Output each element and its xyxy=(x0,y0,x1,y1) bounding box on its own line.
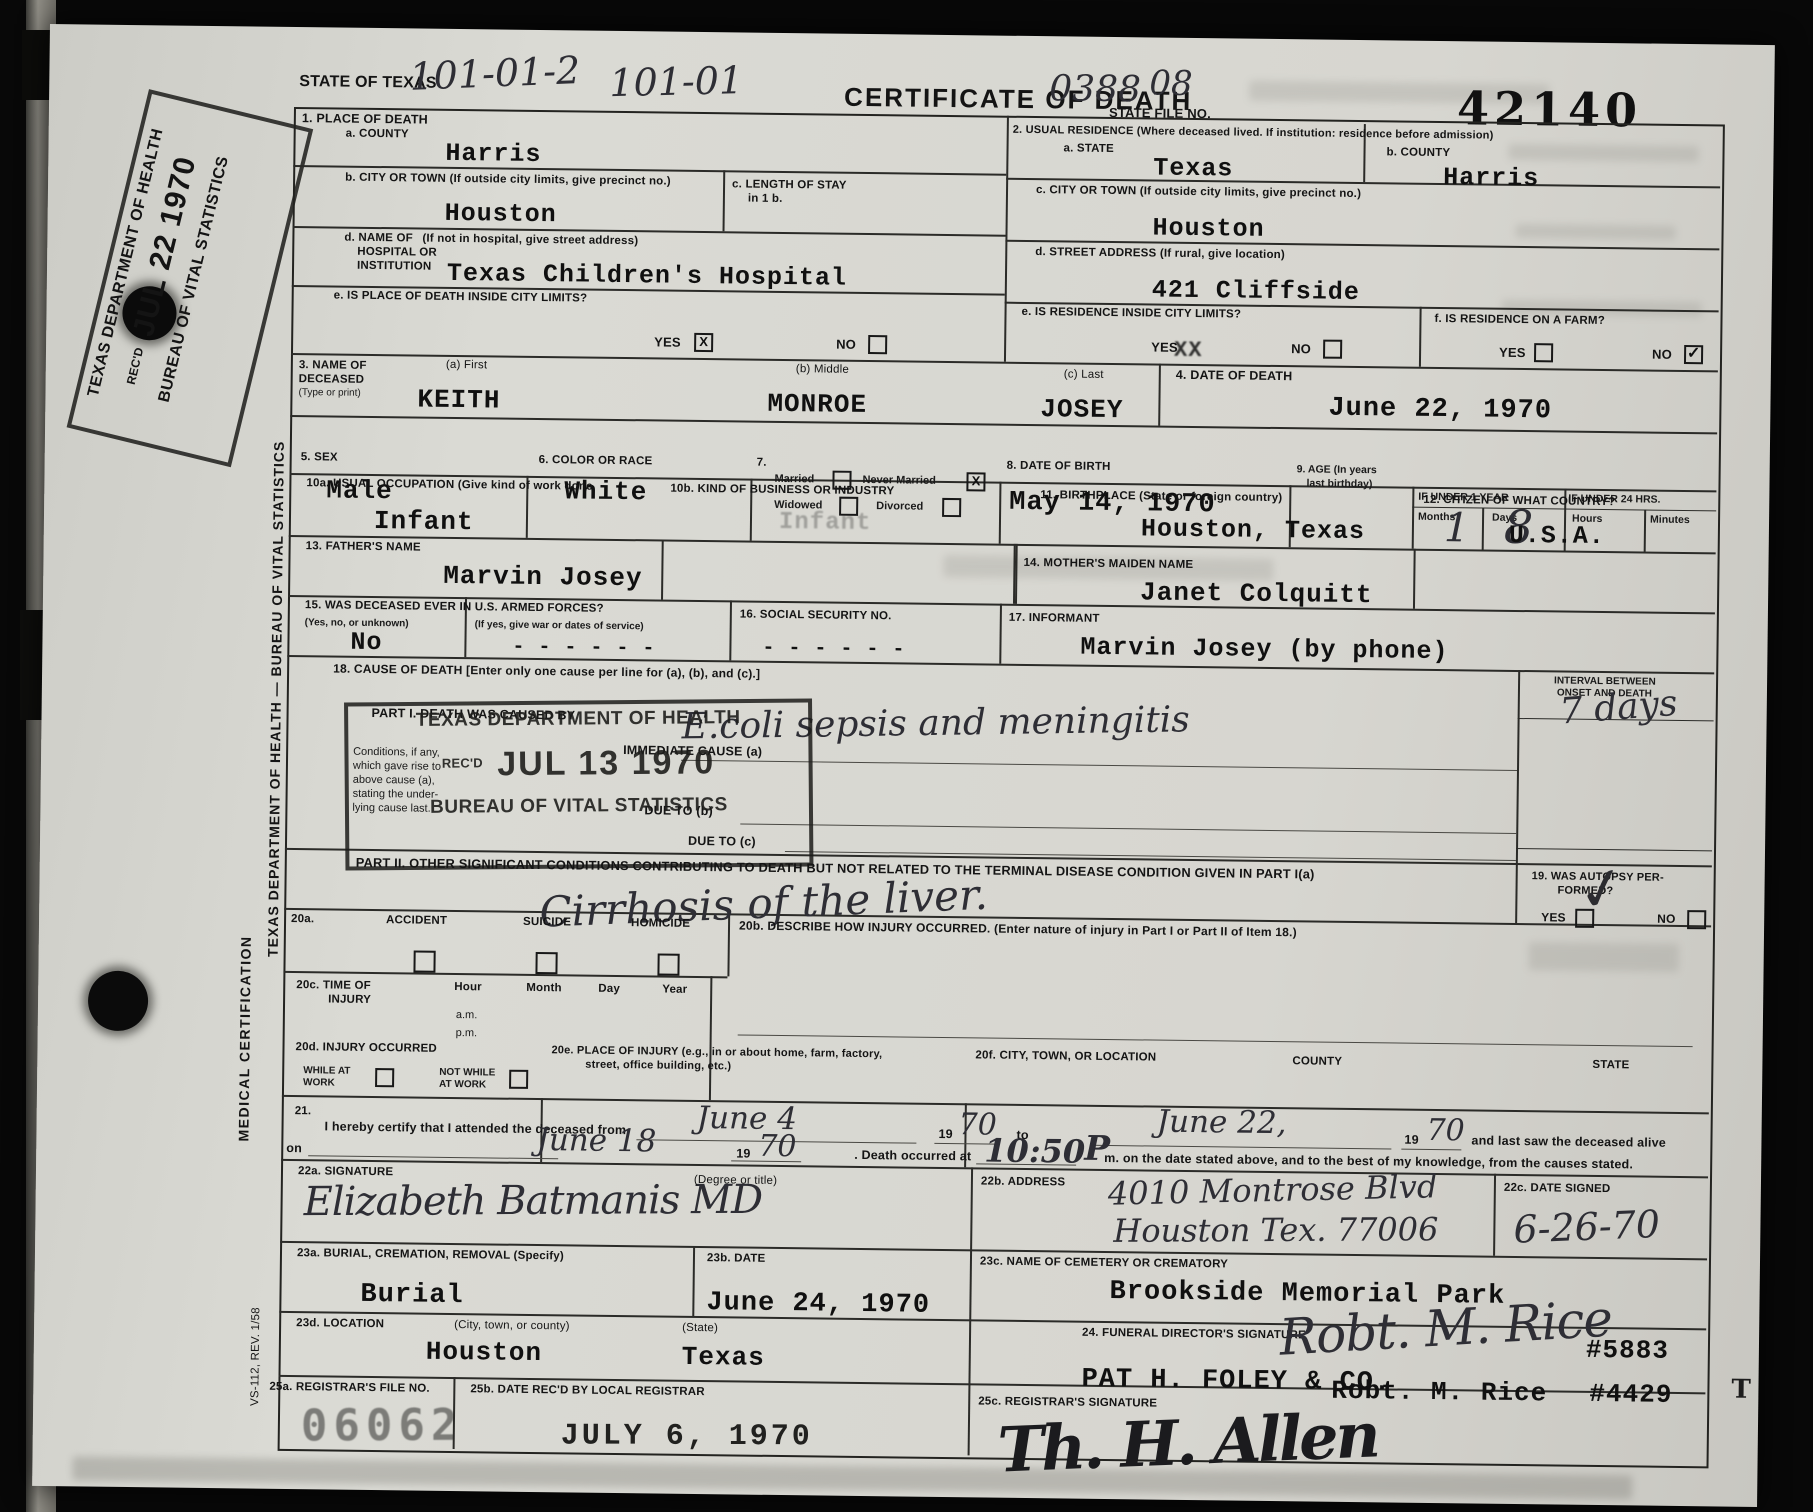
signature-label: 22a. SIGNATURE xyxy=(298,1165,393,1178)
certify-num: 21. xyxy=(295,1105,312,1117)
burial-date-value: June 24, 1970 xyxy=(706,1288,930,1321)
funeral-typed-no: #4429 xyxy=(1589,1379,1672,1410)
location-state-value: Texas xyxy=(682,1342,765,1373)
informant-label: 17. INFORMANT xyxy=(1009,612,1100,625)
citizen-label: 12. CITIZEN OF WHAT COUNTRY? xyxy=(1423,494,1615,508)
certify-on-date: June 18 xyxy=(536,1122,656,1159)
registrar-signature: Th. H. Allen xyxy=(996,1398,1378,1486)
birth-date-label: 8. DATE OF BIRTH xyxy=(1007,460,1111,473)
not-while-label-1: NOT WHILE xyxy=(439,1067,495,1079)
handwritten-code-1: 101-01-2 xyxy=(409,48,581,99)
stamp-recd-label: REC'D xyxy=(124,346,147,386)
armed-forces-value: No xyxy=(350,628,382,657)
hospital-label-3: INSTITUTION xyxy=(357,260,432,273)
street-value: 421 Cliffside xyxy=(1152,275,1360,307)
received-stamp-jul13: TEXAS DEPARTMENT OF HEALTH REC'D JUL 13 … xyxy=(344,698,813,870)
residence-yes-mark: XX xyxy=(1174,338,1203,363)
day-label: Day xyxy=(598,983,620,995)
location-city-value: Houston xyxy=(426,1337,543,1368)
date-of-death-value: June 22, 1970 xyxy=(1328,394,1552,427)
residence-city-value: Houston xyxy=(1152,213,1264,243)
address-line-1: 4010 Montrose Blvd xyxy=(1107,1167,1437,1212)
residence-state-value: Texas xyxy=(1153,153,1233,183)
race-label: 6. COLOR OR RACE xyxy=(539,454,653,467)
stamp-line3: BUREAU OF VITAL STATISTICS xyxy=(349,794,809,820)
place-yes-checkbox: X xyxy=(694,333,713,352)
certify-text-3: . Death occurred at xyxy=(854,1148,971,1163)
birthplace-value: Houston, Texas xyxy=(1141,514,1365,546)
date-of-death-label: 4. DATE OF DEATH xyxy=(1176,368,1293,383)
mother-value: Janet Colquitt xyxy=(1140,577,1373,610)
scanned-death-certificate: { "colors": {"paper":"#d7d6d0","ink":"#1… xyxy=(0,0,1813,1512)
county-label: a. COUNTY xyxy=(346,128,409,141)
stamp-date: JUL 13 1970 xyxy=(497,743,715,783)
industry-ghost-value: Infant xyxy=(779,509,872,537)
never-married-checkbox: X xyxy=(966,472,985,491)
time-of-injury-label-1: 20c. TIME OF xyxy=(296,979,371,992)
divorced-checkbox xyxy=(942,498,961,517)
minutes-label: Minutes xyxy=(1650,514,1690,526)
occupation-value: Infant xyxy=(374,506,474,537)
accident-label: ACCIDENT xyxy=(386,914,447,927)
while-at-work-checkbox xyxy=(375,1068,394,1087)
farm-yes-checkbox xyxy=(1534,343,1553,362)
place-no-checkbox xyxy=(868,335,887,354)
farm-no-mark: ✓ xyxy=(1687,345,1701,362)
medical-certification-caption: MEDICAL CERTIFICATION xyxy=(234,843,255,1233)
year-label: Year xyxy=(662,984,687,996)
age-label-1: 9. AGE (In years xyxy=(1297,463,1377,476)
burial-value: Burial xyxy=(360,1280,464,1311)
age-label-2: last birthday) xyxy=(1306,477,1372,490)
handwritten-file-1: 0388 xyxy=(1049,68,1141,110)
address-label: 22b. ADDRESS xyxy=(981,1175,1066,1188)
handwritten-code-2: 101-01 xyxy=(609,58,744,105)
stamp-line1: TEXAS DEPARTMENT OF HEALTH xyxy=(348,707,808,733)
injury-20a-num: 20a. xyxy=(291,913,314,925)
suicide-checkbox xyxy=(535,952,557,974)
form-code: VS-112, REV. 1/58 xyxy=(249,1272,263,1442)
county-value: Harris xyxy=(445,139,541,169)
burial-date-label: 23b. DATE xyxy=(707,1252,766,1265)
name-label-3: (Type or print) xyxy=(298,387,360,399)
while-at-label-2: WORK xyxy=(303,1077,335,1088)
never-married-mark: X xyxy=(972,473,981,488)
last-name-label: (c) Last xyxy=(1064,368,1104,380)
place-no-label: NO xyxy=(836,337,856,352)
city-value: Houston xyxy=(445,199,557,229)
pm-label: p.m. xyxy=(456,1027,478,1039)
ssn-label: 16. SOCIAL SECURITY NO. xyxy=(740,608,892,622)
location-label: 23d. LOCATION xyxy=(296,1317,384,1330)
pre-year-3: 19 xyxy=(736,1146,750,1160)
sex-label: 5. SEX xyxy=(301,451,338,463)
time-of-injury-label-2: INJURY xyxy=(328,993,371,1006)
name-label-2: DECEASED xyxy=(299,373,365,386)
not-while-label-2: AT WORK xyxy=(439,1079,486,1091)
ssn-dashes: - - - - - - xyxy=(762,637,905,662)
farm-label: f. IS RESIDENCE ON A FARM? xyxy=(1434,313,1605,327)
t-mark: T xyxy=(1731,1375,1751,1405)
citizen-value: U.S.A. xyxy=(1509,521,1605,551)
armed-forces-dashes: - - - - - - xyxy=(512,636,655,661)
pre-year-1: 19 xyxy=(938,1127,952,1141)
registrar-file-label: 25a. REGISTRAR'S FILE NO. xyxy=(269,1381,430,1395)
month-label: Month xyxy=(526,982,562,994)
father-value: Marvin Josey xyxy=(443,561,643,593)
certify-year-3: 70 xyxy=(758,1129,797,1164)
accident-checkbox xyxy=(413,951,435,973)
first-name-value: KEITH xyxy=(417,385,500,416)
pre-year-2: 19 xyxy=(1404,1133,1418,1147)
residence-county-label: b. COUNTY xyxy=(1386,146,1450,159)
place-yes-label: YES xyxy=(654,334,681,349)
homicide-checkbox xyxy=(657,953,679,975)
place-of-injury-label-2: street, office building, etc.) xyxy=(585,1059,731,1073)
last-name-value: JOSEY xyxy=(1040,394,1123,425)
hospital-label-1: d. NAME OF xyxy=(344,232,413,245)
injury-city-label: 20f. CITY, TOWN, OR LOCATION xyxy=(975,1049,1156,1063)
injury-county-label: COUNTY xyxy=(1292,1055,1342,1068)
hospital-label-2: HOSPITAL OR xyxy=(357,246,437,259)
hour-label: Hour xyxy=(454,981,482,993)
middle-name-value: MONROE xyxy=(767,389,867,420)
divorced-label: Divorced xyxy=(876,500,923,513)
certify-year-2: 70 xyxy=(1426,1113,1465,1148)
name-label-1: 3. NAME OF xyxy=(299,359,367,372)
homicide-label: HOMICIDE xyxy=(631,917,690,930)
hospital-value: Texas Children's Hospital xyxy=(447,259,847,293)
certify-text-2: and last saw the deceased alive xyxy=(1471,1133,1666,1149)
am-label: a.m. xyxy=(456,1009,478,1021)
father-label: 13. FATHER'S NAME xyxy=(306,540,421,553)
location-sub-2: (State) xyxy=(682,1322,718,1334)
first-name-label: (a) First xyxy=(446,359,488,372)
farm-yes-label: YES xyxy=(1499,345,1526,360)
degree-or-title-label: (Degree or title) xyxy=(694,1174,777,1187)
date-signed-label: 22c. DATE SIGNED xyxy=(1504,1182,1611,1195)
injury-occurred-label: 20d. INJURY OCCURRED xyxy=(295,1041,437,1055)
mother-label: 14. MOTHER'S MAIDEN NAME xyxy=(1023,557,1193,571)
residence-no-checkbox xyxy=(1323,340,1342,359)
while-at-label-1: WHILE AT xyxy=(303,1065,350,1077)
farm-no-checkbox: ✓ xyxy=(1684,345,1703,364)
stamp-recd-label: REC'D xyxy=(442,755,483,770)
middle-name-label: (b) Middle xyxy=(796,363,849,376)
date-signed-value: 6-26-70 xyxy=(1513,1202,1661,1252)
residence-county-value: Harris xyxy=(1443,163,1539,193)
armed-forces-sub2: (If yes, give war or dates of service) xyxy=(475,619,644,632)
punch-hole-bottom xyxy=(88,971,149,1032)
length-of-stay-label2: in 1 b. xyxy=(748,193,783,205)
place-yes-mark: X xyxy=(699,334,708,349)
autopsy-no-label: NO xyxy=(1657,912,1676,926)
residence-state-label: a. STATE xyxy=(1063,142,1114,155)
autopsy-no-checkbox xyxy=(1687,910,1706,929)
farm-no-label: NO xyxy=(1652,347,1672,362)
marital-label: 7. xyxy=(757,457,767,469)
date-received-stamp: JULY 6, 1970 xyxy=(561,1419,813,1454)
registrar-file-number-stamp: 06062 xyxy=(301,1400,464,1452)
edge-shadow-top xyxy=(22,30,52,100)
informant-value: Marvin Josey (by phone) xyxy=(1080,633,1448,666)
suicide-label: SUICIDE xyxy=(523,916,571,929)
length-of-stay-label: c. LENGTH OF STAY xyxy=(732,178,847,191)
not-while-at-work-checkbox xyxy=(509,1070,528,1089)
handwritten-file-2: 08 xyxy=(1149,63,1193,104)
address-line-2: Houston Tex. 77006 xyxy=(1113,1210,1438,1250)
certify-on: on xyxy=(286,1141,302,1155)
certificate-sheet: TEXAS DEPARTMENT OF HEALTH REC'D JUL 22 … xyxy=(32,24,1775,1507)
location-sub-1: (City, town, or county) xyxy=(454,1319,570,1332)
autopsy-yes-label: YES xyxy=(1541,910,1566,924)
funeral-director-sig-no: #5883 xyxy=(1586,1335,1669,1366)
certify-to-date: June 22, xyxy=(1156,1104,1286,1142)
age-months-value: 1 xyxy=(1444,505,1470,551)
place-of-death-label: 1. PLACE OF DEATH xyxy=(302,111,428,127)
injury-state-label: STATE xyxy=(1592,1059,1629,1071)
residence-no-label: NO xyxy=(1291,341,1311,356)
